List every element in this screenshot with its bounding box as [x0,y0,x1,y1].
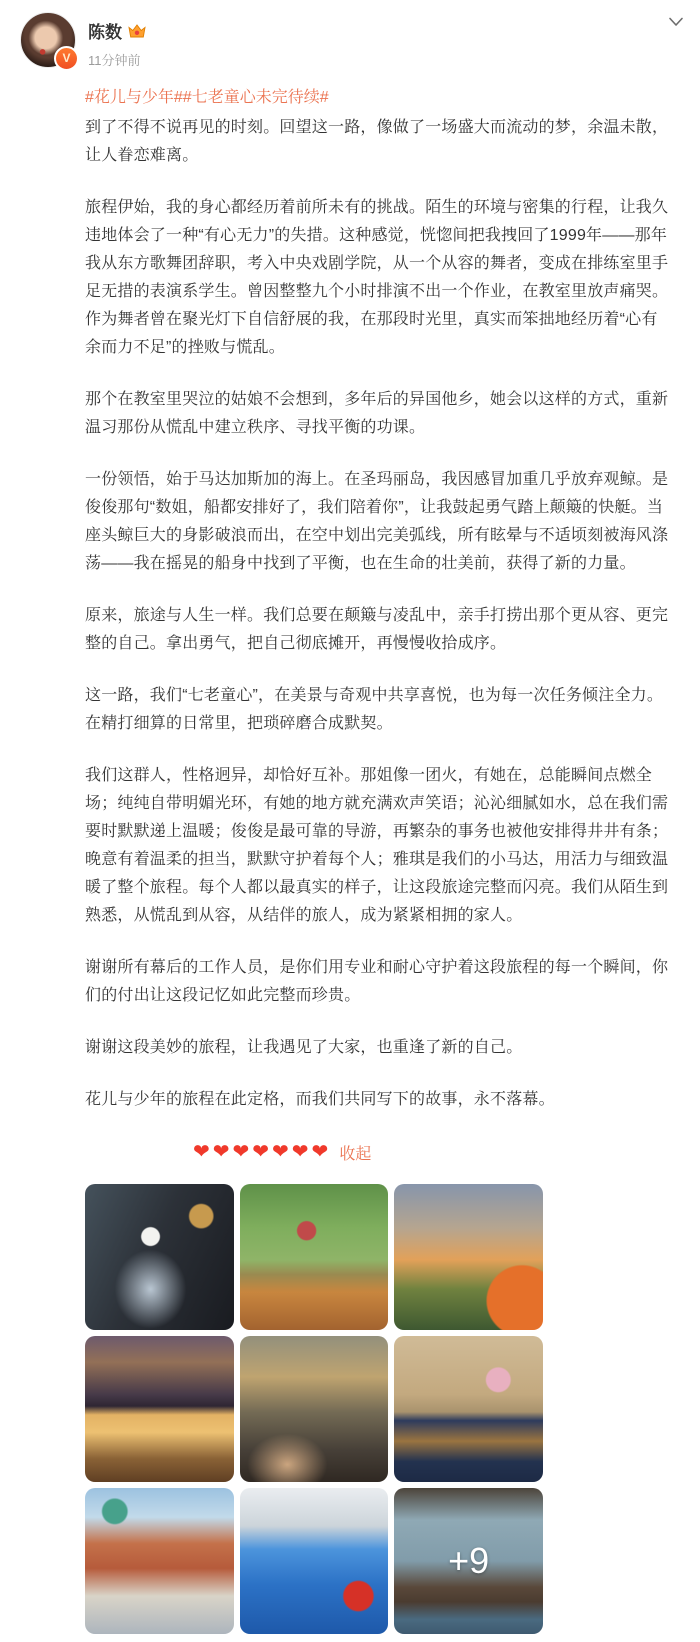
vip-crown-icon [128,23,146,39]
post-paragraph: 谢谢所有幕后的工作人员，是你们用专业和耐心守护着这段旅程的每一个瞬间，你们的付出… [85,954,672,1010]
post-paragraph: 这一路，我们“七老童心”，在美景与奇观中共享喜悦，也为每一次任务倾注全力。在精打… [85,682,672,738]
photo-thumbnail-9[interactable]: +9 [394,1488,543,1634]
verified-badge: V [54,46,79,71]
photo-grid: +9 [85,1184,543,1634]
post-header: V 陈数 11分钟前 [0,0,700,74]
heart-emojis: ❤❤❤❤❤❤❤ [193,1138,331,1166]
post-paragraph: 旅程伊始，我的身心都经历着前所未有的挑战。陌生的环境与密集的行程，让我久违地体会… [85,194,672,362]
chevron-down-icon[interactable] [668,14,684,32]
post-paragraph: 到了不得不说再见的时刻。回望这一路，像做了一场盛大而流动的梦，余温未散，让人眷恋… [85,114,672,170]
post-paragraph: 谢谢这段美妙的旅程，让我遇见了大家，也重逢了新的自己。 [85,1034,672,1062]
post-paragraph: 花儿与少年的旅程在此定格，而我们共同写下的故事，永不落幕。 [85,1086,672,1114]
username[interactable]: 陈数 [88,18,122,43]
photo-thumbnail-3[interactable] [394,1184,543,1330]
timestamp: 11分钟前 [88,50,700,69]
avatar[interactable]: V [20,12,76,68]
post-content: #花儿与少年##七老童心未完待续# 到了不得不说再见的时刻。回望这一路，像做了一… [85,84,672,1634]
photo-thumbnail-8[interactable] [240,1488,389,1634]
weibo-post: V 陈数 11分钟前 #花儿与少年##七老童心未完待续# 到了不得不说再见的时刻… [0,0,700,1642]
post-paragraph: 那个在教室里哭泣的姑娘不会想到，多年后的异国他乡，她会以这样的方式，重新温习那份… [85,386,672,442]
post-paragraph: 原来，旅途与人生一样。我们总要在颠簸与凌乱中，亲手打捞出那个更从容、更完整的自己… [85,602,672,658]
more-photos-count: +9 [394,1540,543,1582]
post-paragraph: 我们这群人，性格迥异，却恰好互补。那姐像一团火，有她在，总能瞬间点燃全场；纯纯自… [85,762,672,930]
hearts-row: ❤❤❤❤❤❤❤ 收起 [85,1138,672,1166]
photo-thumbnail-6[interactable] [394,1336,543,1482]
collapse-link[interactable]: 收起 [339,1141,371,1164]
post-paragraphs: 到了不得不说再见的时刻。回望这一路，像做了一场盛大而流动的梦，余温未散，让人眷恋… [85,114,672,1114]
photo-thumbnail-2[interactable] [240,1184,389,1330]
post-paragraph: 一份领悟，始于马达加斯加的海上。在圣玛丽岛，我因感冒加重几乎放弃观鲸。是俊俊那句… [85,466,672,578]
photo-thumbnail-1[interactable] [85,1184,234,1330]
photo-thumbnail-5[interactable] [240,1336,389,1482]
photo-thumbnail-4[interactable] [85,1336,234,1482]
hashtag-links[interactable]: #花儿与少年##七老童心未完待续# [85,84,672,112]
photo-thumbnail-7[interactable] [85,1488,234,1634]
